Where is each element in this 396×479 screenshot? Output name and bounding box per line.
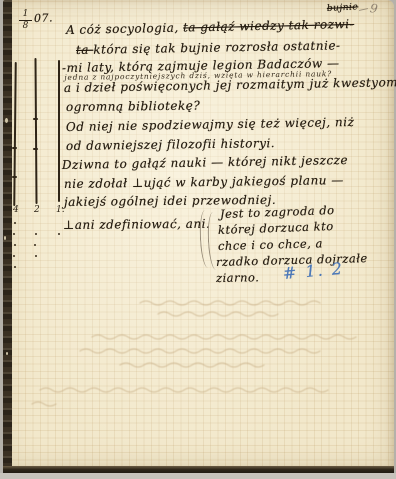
bleed-through-text	[0, 0, 396, 479]
manuscript-scan: 1 8 07. 9 bujnie 4 2 1. A cóż socyologia…	[0, 0, 396, 479]
